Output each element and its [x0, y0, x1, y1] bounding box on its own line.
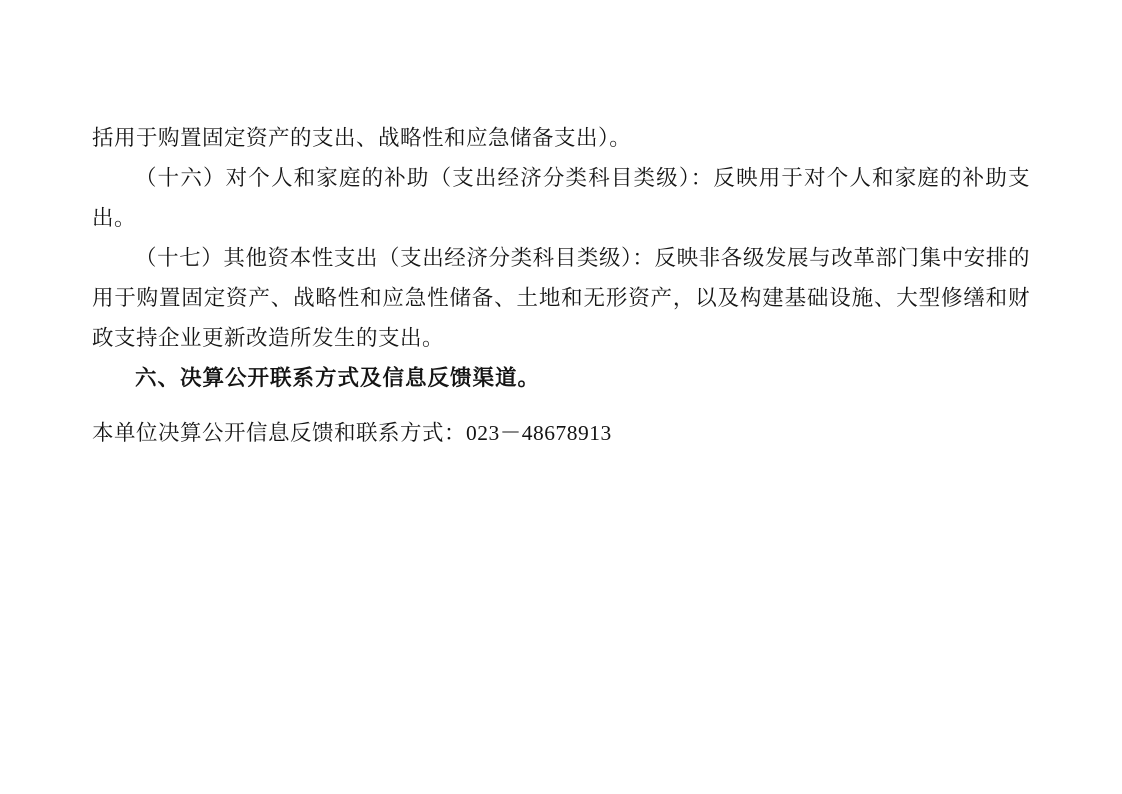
- section-heading-six: 六、决算公开联系方式及信息反馈渠道。: [92, 358, 1030, 398]
- contact-info-line: 本单位决算公开信息反馈和联系方式：023－48678913: [92, 413, 1030, 453]
- paragraph-continuation: 括用于购置固定资产的支出、战略性和应急储备支出）。: [92, 118, 1030, 158]
- document-page: 括用于购置固定资产的支出、战略性和应急储备支出）。 （十六）对个人和家庭的补助（…: [0, 0, 1122, 794]
- paragraph-item-16: （十六）对个人和家庭的补助（支出经济分类科目类级）：反映用于对个人和家庭的补助支…: [92, 158, 1030, 238]
- paragraph-item-17: （十七）其他资本性支出（支出经济分类科目类级）：反映非各级发展与改革部门集中安排…: [92, 238, 1030, 358]
